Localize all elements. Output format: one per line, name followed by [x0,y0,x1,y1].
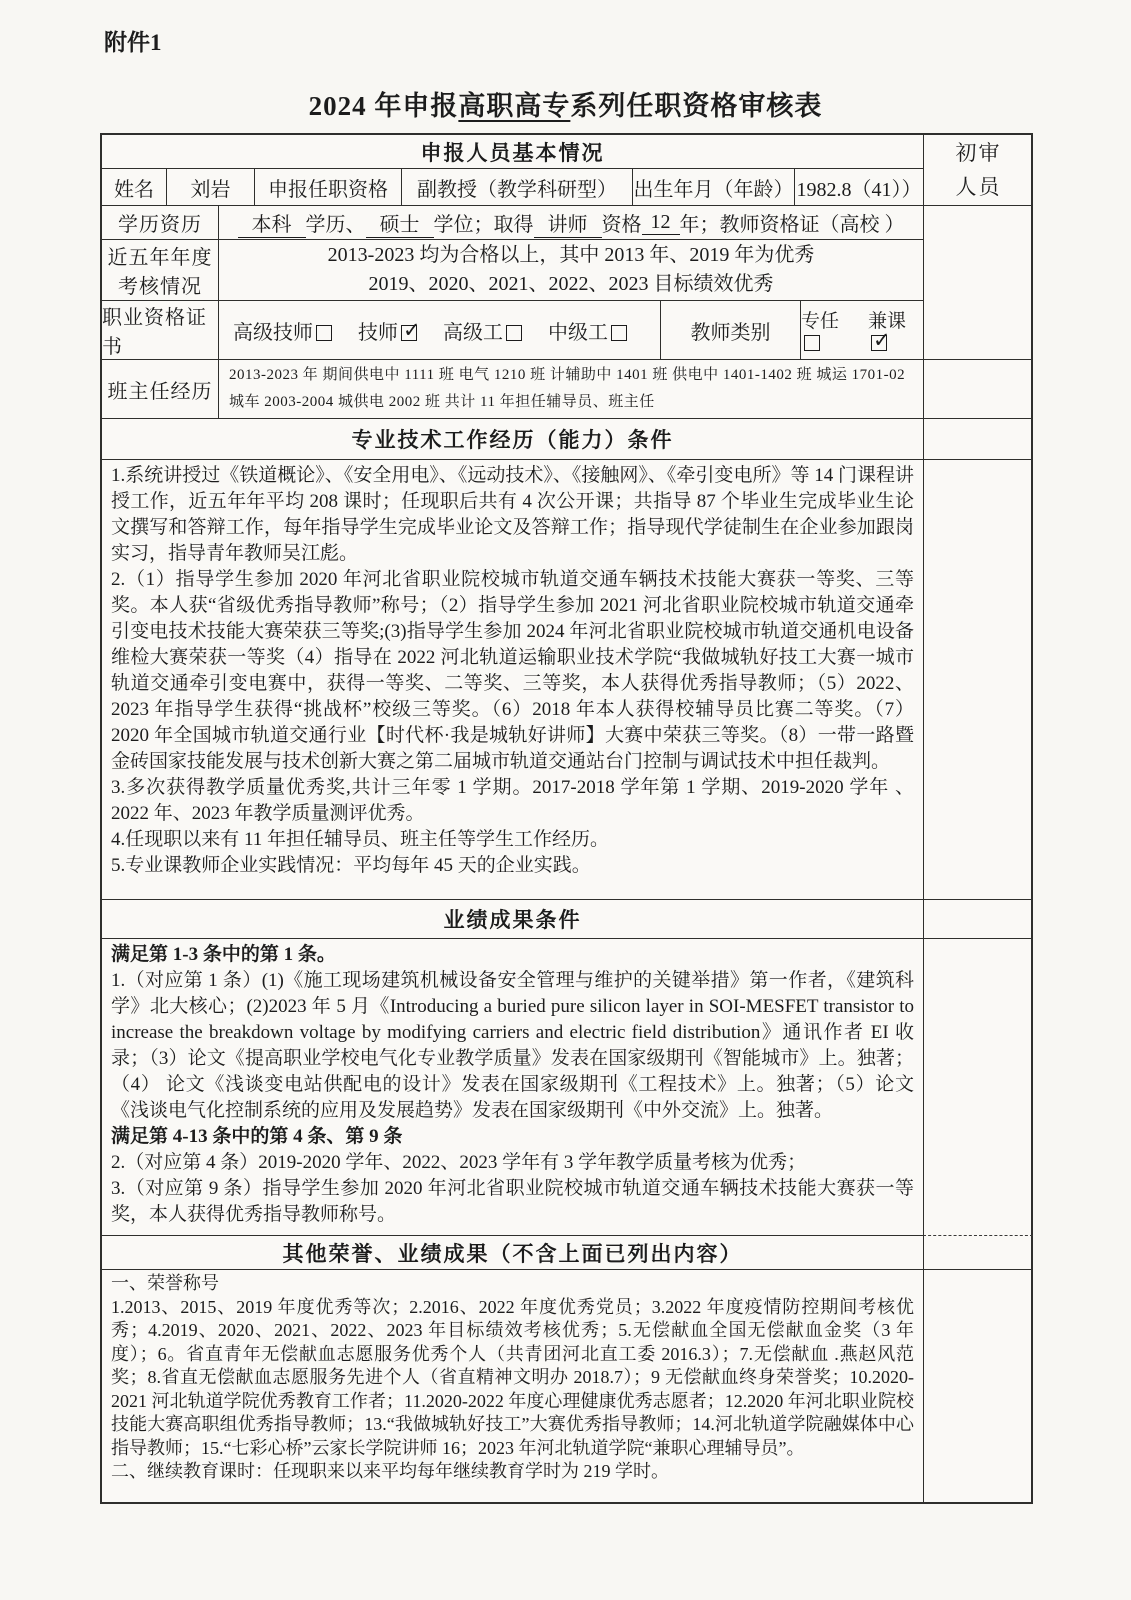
section2-lead-1: 满足第 1-3 条中的第 1 条。 [111,942,914,968]
senior-worker-checkbox [506,325,522,341]
basic-info-section-header: 申报人员基本情况 [102,135,923,168]
qualification-options: 高级技师 技师✓ 高级工 中级工 [219,301,660,359]
applied-title-label: 申报任职资格 [254,169,401,205]
section3-title: 其他荣誉、业绩成果（不含上面已列出内容） [283,1238,743,1268]
education-lecturer-blank: 讲师 [534,208,602,238]
document-title-underlined: 高职高专 [458,91,570,121]
qualification-label: 职业资格证书 [102,301,218,359]
head-teacher-label: 班主任经历 [102,360,218,418]
head-teacher-content: 2013-2023 年 期间供电中 1111 班 电气 1210 班 计辅助中 … [218,360,923,418]
basic-info-row: 姓名 刘岩 申报任职资格 副教授（教学科研型） 出生年月（年龄） 1982.8（… [102,168,923,205]
assessment-label-line2: 考核情况 [118,270,202,299]
assessment-content: 2013-2023 均为合格以上，其中 2013 年、2019 年为优秀 201… [218,240,923,300]
reviewer-empty-cell-6 [923,938,1033,1235]
technician-checkmark: ✓ [403,318,421,342]
option-senior-technician: 高级技师 [233,316,332,345]
head-teacher-line1: 2013-2023 年 期间供电中 1111 班 电气 1210 班 计辅助中 … [229,362,913,389]
education-text-3: 资格 [602,208,642,237]
education-text-4: 年；教师资格证（高校 ） [680,208,905,237]
section1-paragraph-5: 5.专业课教师企业实践情况：平均每年 45 天的企业实践。 [111,853,914,879]
assessment-label-line1: 近五年年度 [108,241,213,270]
birth-date-label: 出生年月（年龄） [632,169,794,205]
section2-paragraph-1: 1.（对应第 1 条）(1)《施工现场建筑机械设备安全管理与维护的关键举措》第一… [111,968,914,1124]
attachment-label: 附件1 [104,24,162,57]
reviewer-empty-cell-1 [923,205,1033,359]
section2-header: 业绩成果条件 [102,899,923,938]
option-intermediate-worker-label: 中级工 [548,322,608,344]
applied-title-value: 副教授（教学科研型） [401,169,632,205]
section2-paragraph-2: 2.（对应第 4 条）2019-2020 学年、2022、2023 学年有 3 … [111,1150,914,1176]
section1-title: 专业技术工作经历（能力）条件 [352,424,674,454]
option-technician: 技师✓ [358,316,417,345]
qualification-row: 职业资格证书 高级技师 技师✓ 高级工 中级工 教师类别 专任 兼课✓ [102,300,923,359]
reviewer-label-line2: 人员 [956,170,1002,204]
birth-date-value: 1982.8（41）） [794,169,923,205]
reviewer-empty-cell-7 [923,1235,1033,1269]
assessment-row: 近五年年度 考核情况 2013-2023 均为合格以上，其中 2013 年、20… [102,239,923,300]
option-intermediate-worker: 中级工 [548,316,627,345]
section3-header: 其他荣誉、业绩成果（不含上面已列出内容） [102,1235,923,1269]
section1-paragraph-1: 1.系统讲授过《铁道概论》、《安全用电》、《远动技术》、《接触网》、《牵引变电所… [111,463,914,567]
document-title-prefix: 2024 年申报 [309,91,459,121]
document-title-suffix: 系列任职资格审核表 [570,91,822,121]
assessment-line1: 2013-2023 均为合格以上，其中 2013 年、2019 年为优秀 [328,241,815,270]
teacher-type-label: 教师类别 [660,301,800,359]
scanned-form-page: 附件1 2024 年申报高职高专系列任职资格审核表 申报人员基本情况 初审 人员… [0,0,1131,1600]
section1-header: 专业技术工作经历（能力）条件 [102,418,923,459]
education-row: 学历资历 本科 学历、 硕士 学位；取得 讲师 资格 12 年；教师资格证（高校… [102,205,923,239]
basic-info-section-title: 申报人员基本情况 [421,137,605,167]
senior-technician-checkbox [316,325,332,341]
parttime-checkmark: ✓ [873,328,891,352]
review-form-table: 申报人员基本情况 初审 人员 姓名 刘岩 申报任职资格 副教授（教学科研型） 出… [100,133,1033,1504]
option-technician-label: 技师 [358,322,398,344]
reviewer-empty-cell-3 [923,418,1033,459]
section3-content: 一、荣誉称号 1.2013、2015、2019 年度优秀等次；2.2016、20… [102,1269,923,1502]
education-content: 本科 学历、 硕士 学位；取得 讲师 资格 12 年；教师资格证（高校 ） [218,206,923,239]
section1-content: 1.系统讲授过《铁道概论》、《安全用电》、《远动技术》、《接触网》、《牵引变电所… [102,459,923,899]
education-text-2: 学位；取得 [434,208,534,237]
name-value: 刘岩 [166,169,254,205]
education-text-1: 学历、 [306,208,366,237]
option-fulltime-label: 专任 [801,311,839,332]
initial-reviewer-cell: 初审 人员 [923,135,1033,205]
section2-lead-2: 满足第 4-13 条中的第 4 条、第 9 条 [111,1124,914,1150]
head-teacher-row: 班主任经历 2013-2023 年 期间供电中 1111 班 电气 1210 班… [102,359,923,418]
teacher-type-options: 专任 兼课✓ [800,301,923,359]
education-degree-blank: 本科 [238,208,306,238]
option-parttime: 兼课✓ [868,306,923,355]
section1-paragraph-3: 3.多次获得教学质量优秀奖,共计三年零 1 学期。2017-2018 学年第 1… [111,775,914,827]
document-title: 2024 年申报高职高专系列任职资格审核表 [0,84,1131,123]
reviewer-label-line1: 初审 [956,136,1002,170]
section2-content: 满足第 1-3 条中的第 1 条。 1.（对应第 1 条）(1)《施工现场建筑机… [102,938,923,1235]
name-label: 姓名 [102,169,166,205]
section3-paragraph-1: 1.2013、2015、2019 年度优秀等次；2.2016、2022 年度优秀… [111,1296,914,1461]
intermediate-worker-checkbox [611,325,627,341]
assessment-line2: 2019、2020、2021、2022、2023 目标绩效优秀 [369,270,774,299]
education-years-blank: 12 [642,211,680,235]
option-senior-technician-label: 高级技师 [233,322,313,344]
section3-heading-2: 二、继续教育课时：任现职来以来平均每年继续教育学时为 219 学时。 [111,1460,914,1484]
reviewer-empty-cell-4 [923,459,1033,899]
option-senior-worker: 高级工 [443,316,522,345]
section2-paragraph-3: 3.（对应第 9 条）指导学生参加 2020 年河北省职业院校城市轨道交通车辆技… [111,1176,914,1228]
reviewer-empty-cell-8 [923,1269,1033,1502]
fulltime-checkbox [804,335,820,351]
education-master-blank: 硕士 [366,208,434,238]
assessment-label: 近五年年度 考核情况 [102,240,218,300]
section3-heading-1: 一、荣誉称号 [111,1272,914,1296]
head-teacher-line2: 城车 2003-2004 城供电 2002 班 共计 11 年担任辅导员、班主任 [229,389,913,416]
section2-title: 业绩成果条件 [444,904,582,934]
reviewer-empty-cell-2 [923,359,1033,418]
reviewer-empty-cell-5 [923,899,1033,938]
education-label: 学历资历 [102,206,218,239]
section1-paragraph-2: 2.（1）指导学生参加 2020 年河北省职业院校城市轨道交通车辆技术技能大赛获… [111,567,914,775]
option-fulltime: 专任 [801,306,856,355]
section1-paragraph-4: 4.任现职以来有 11 年担任辅导员、班主任等学生工作经历。 [111,827,914,853]
parttime-checkbox: ✓ [871,335,887,351]
option-senior-worker-label: 高级工 [443,322,503,344]
qualification-content: 高级技师 技师✓ 高级工 中级工 教师类别 专任 兼课✓ [218,301,923,359]
technician-checkbox: ✓ [401,325,417,341]
